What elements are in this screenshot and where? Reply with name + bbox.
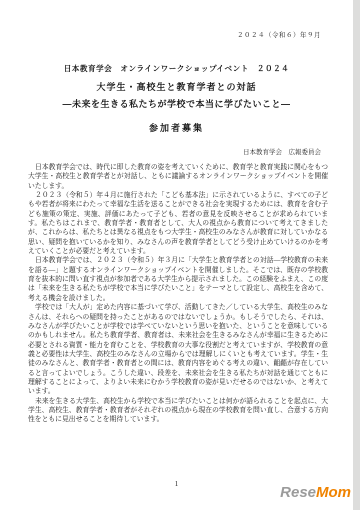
document-viewport: { "page": { "date_line": "２０２４（令和６）年９月",…	[0, 0, 360, 510]
body-paragraph: 日本教育学会では、時代に即した教育の姿を考えていくために、教育学と教育実践に関心…	[28, 163, 328, 191]
body-paragraph: 日本教育学会では、２０２３（令和５）年３月に「大学生と教育学者との対話―学校教育…	[28, 256, 328, 303]
body-text: 日本教育学会では、時代に即した教育の姿を考えていくために、教育学と教育実践に関心…	[28, 163, 328, 425]
date-line: ２０２４（令和６）年９月	[0, 30, 353, 39]
body-paragraph: 学校では「大人が」定めた内容に基づいて学び、活動してきた／している大学生、高校生…	[28, 303, 328, 396]
page-edge-background	[353, 0, 360, 510]
subtitle: ―未来を生きる私たちが学校で本当に学びたいこと―	[0, 97, 353, 110]
body-paragraph: ２０２３（令和５）年４月に施行された「こども基本法」に示されているように、すべて…	[28, 191, 328, 256]
main-title: 大学生・高校生と教育学者との対話	[0, 80, 353, 93]
resemom-logo: ReseMom	[280, 484, 351, 501]
document-page: ２０２４（令和６）年９月 日本教育学会 オンラインワークショップイベント ２０２…	[0, 0, 353, 510]
resemom-logo-gray-part: Rese	[280, 484, 316, 501]
resemom-logo-orange-part: Mom	[316, 484, 351, 501]
event-title-line: 日本教育学会 オンラインワークショップイベント ２０２４	[0, 63, 353, 74]
organization-line: 日本教育学会 広報委員会	[0, 147, 353, 156]
body-paragraph: 未来を生きる大学生、高校生から学校で本当に学びたいことは何かが語られることを起点…	[28, 397, 328, 425]
recruitment-heading: 参加者募集	[0, 121, 353, 134]
